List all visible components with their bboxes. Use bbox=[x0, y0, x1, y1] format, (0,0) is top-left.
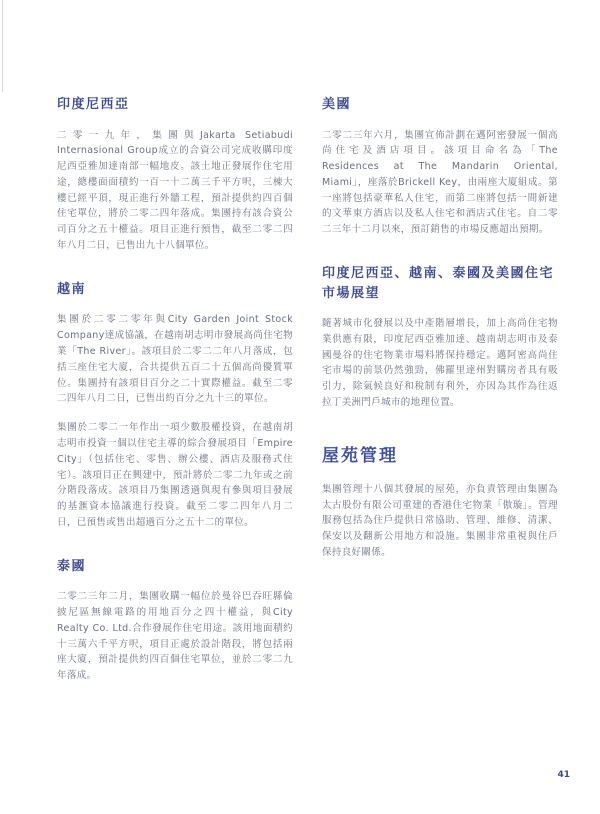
heading-thailand: 泰國 bbox=[57, 557, 293, 577]
heading-vietnam: 越南 bbox=[57, 280, 293, 300]
paragraph-estate-management: 集團管理十八個其發展的屋苑，亦負責管理由集團為太古股份有限公司重建的香港住宅物業… bbox=[322, 482, 558, 561]
section-usa: 美國 二零二三年六月，集團宣佈計劃在邁阿密發展一個高尚住宅及酒店項目。該項目命名… bbox=[322, 95, 558, 238]
page-number: 41 bbox=[557, 770, 570, 780]
heading-usa: 美國 bbox=[322, 95, 558, 115]
section-thailand: 泰國 二零二三年二月，集團收購一幅位於曼谷巴吞旺縣倫披尼區無線電路的用地百分之四… bbox=[57, 557, 293, 684]
heading-market-outlook: 印度尼西亞、越南、泰國及美國住宅市場展望 bbox=[322, 264, 558, 303]
paragraph-vietnam-1: 集團於二零二零年與City Garden Joint Stock Company… bbox=[57, 312, 293, 407]
section-estate-management: 屋苑管理 集團管理十八個其發展的屋苑，亦負責管理由集團為太古股份有限公司重建的香… bbox=[322, 441, 558, 561]
section-market-outlook: 印度尼西亞、越南、泰國及美國住宅市場展望 隨著城市化發展以及中產階層增長，加上高… bbox=[322, 264, 558, 411]
section-indonesia: 印度尼西亞 二零一九年，集團與Jakarta Setiabudi Interna… bbox=[57, 95, 293, 254]
page-content: 印度尼西亞 二零一九年，集團與Jakarta Setiabudi Interna… bbox=[0, 0, 600, 714]
heading-estate-management: 屋苑管理 bbox=[322, 441, 558, 466]
paragraph-usa: 二零二三年六月，集團宣佈計劃在邁阿密發展一個高尚住宅及酒店項目。該項目命名為「T… bbox=[322, 128, 558, 239]
section-vietnam: 越南 集團於二零二零年與City Garden Joint Stock Comp… bbox=[57, 280, 293, 531]
left-column: 印度尼西亞 二零一九年，集團與Jakarta Setiabudi Interna… bbox=[57, 95, 293, 714]
right-column: 美國 二零二三年六月，集團宣佈計劃在邁阿密發展一個高尚住宅及酒店項目。該項目命名… bbox=[322, 95, 558, 714]
paragraph-vietnam-2: 集團於二零二一年作出一項少數股權投資，在越南胡志明市投資一個以住宅主導的綜合發展… bbox=[57, 420, 293, 531]
paragraph-indonesia: 二零一九年，集團與Jakarta Setiabudi Internasional… bbox=[57, 128, 293, 254]
page-edge-mark bbox=[2, 0, 3, 92]
paragraph-market-outlook: 隨著城市化發展以及中產階層增長，加上高尚住宅物業供應有限，印度尼西亞雅加達、越南… bbox=[322, 316, 558, 411]
heading-indonesia: 印度尼西亞 bbox=[57, 95, 293, 115]
paragraph-thailand: 二零二三年二月，集團收購一幅位於曼谷巴吞旺縣倫披尼區無線電路的用地百分之四十權益… bbox=[57, 589, 293, 684]
